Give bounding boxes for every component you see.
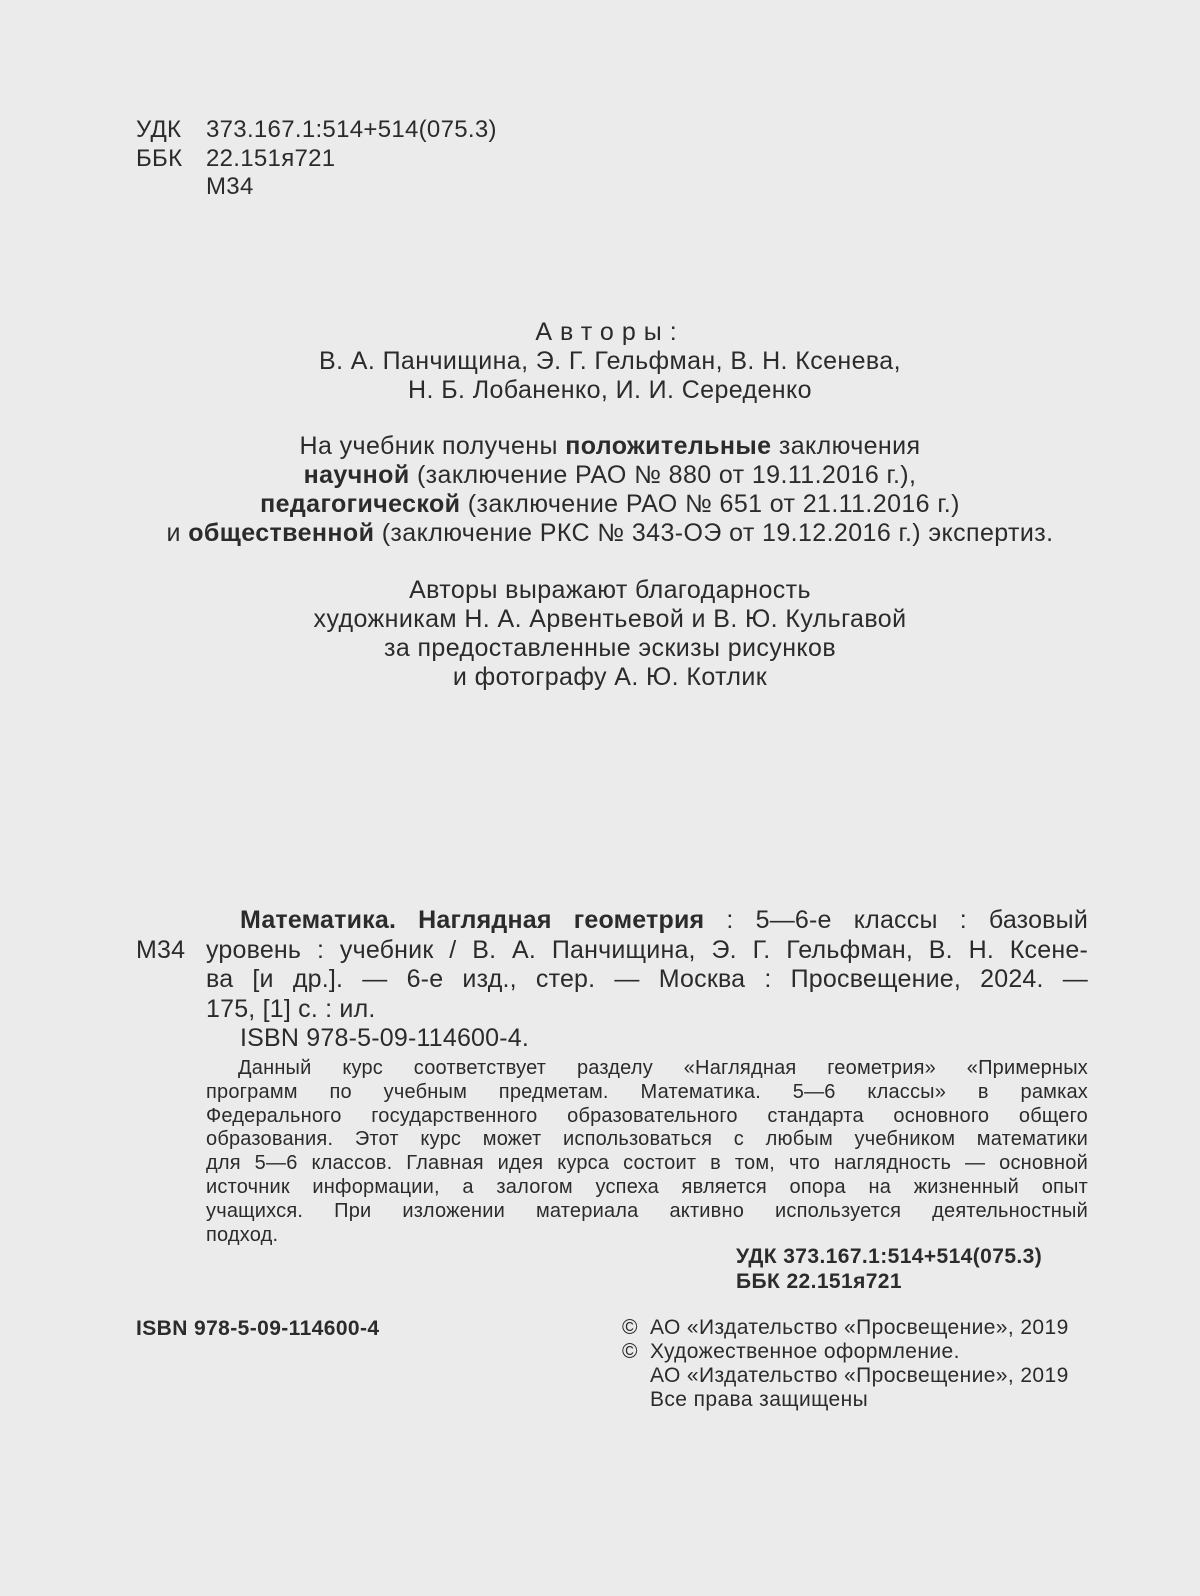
copyright-row: © АО «Издательство «Просвещение», 2019 — [622, 1316, 1069, 1340]
biblio-line: ва [и др.]. — 6-е изд., стер. — Москва :… — [136, 965, 1088, 995]
biblio-line: Математика. Наглядная геометрия : 5—6-е … — [136, 906, 1088, 936]
reviews-text: заключения — [771, 432, 920, 460]
annotation-line: для 5—6 классов. Главная идея курса сост… — [206, 1152, 1088, 1176]
copyright-text: АО «Издательство «Просвещение», 2019 — [650, 1364, 1069, 1388]
udk-row: УДК 373.167.1:514+514(075.3) — [136, 116, 497, 145]
reviews-block: На учебник получены положительные заключ… — [0, 432, 1200, 548]
bbk-row: ББК 22.151я721 — [136, 145, 497, 174]
reviews-line: научной (заключение РАО № 880 от 19.11.2… — [0, 461, 1200, 490]
author-mark-row: М34 — [136, 173, 497, 202]
reviews-text: (заключение РАО № 651 от 21.11.2016 г.) — [460, 490, 959, 518]
biblio-text: : 5—6-е классы : базовый — [704, 906, 1088, 934]
acknowledgement-line: и фотографу А. Ю. Котлик — [0, 663, 1200, 692]
bbk-value: 22.151я721 — [206, 145, 335, 174]
biblio-text: ва [и др.]. — 6-е изд., стер. — Москва :… — [206, 965, 1088, 993]
reviews-bold: положительные — [565, 432, 771, 460]
book-title: Математика. Наглядная геометрия — [240, 906, 704, 934]
acknowledgement-line: художникам Н. А. Арвентьевой и В. Ю. Кул… — [0, 605, 1200, 634]
authors-line: В. А. Панчищина, Э. Г. Гельфман, В. Н. К… — [0, 347, 1200, 376]
copyright-text: Художественное оформление. — [650, 1340, 960, 1364]
classification-block: УДК 373.167.1:514+514(075.3) ББК 22.151я… — [136, 116, 497, 202]
rights-reserved: Все права защищены — [650, 1388, 868, 1412]
footer-isbn: ISBN 978-5-09-114600-4 — [136, 1316, 379, 1341]
acknowledgements-block: Авторы выражают благодарность художникам… — [0, 576, 1200, 692]
footer-udk: УДК 373.167.1:514+514(075.3) — [736, 1244, 1042, 1269]
biblio-line: М34уровень : учебник / В. А. Панчищина, … — [136, 936, 1088, 966]
reviews-line: и общественной (заключение РКС № 343-ОЭ … — [0, 519, 1200, 548]
authors-line: Н. Б. Лобаненко, И. И. Середенко — [0, 376, 1200, 405]
reviews-line: педагогической (заключение РАО № 651 от … — [0, 490, 1200, 519]
acknowledgement-line: Авторы выражают благодарность — [0, 576, 1200, 605]
biblio-author-mark: М34 — [136, 936, 185, 966]
reviews-line: На учебник получены положительные заключ… — [0, 432, 1200, 461]
copyright-row: © Художественное оформление. — [622, 1340, 1069, 1364]
copyright-block: © АО «Издательство «Просвещение», 2019 ©… — [622, 1316, 1069, 1412]
copyright-icon: © — [622, 1316, 650, 1340]
footer-bbk: ББК 22.151я721 — [736, 1269, 1042, 1294]
annotation-line: источник информации, а залогом успеха яв… — [206, 1176, 1088, 1200]
reviews-text: (заключение РАО № 880 от 19.11.2016 г.), — [410, 461, 917, 489]
udk-value: 373.167.1:514+514(075.3) — [206, 116, 497, 145]
reviews-bold: педагогической — [260, 490, 460, 518]
bibliographic-record: Математика. Наглядная геометрия : 5—6-е … — [136, 906, 1088, 1054]
copyright-icon: © — [622, 1340, 650, 1364]
biblio-isbn: ISBN 978-5-09-114600-4. — [240, 1024, 529, 1052]
reviews-text: (заключение РКС № 343-ОЭ от 19.12.2016 г… — [374, 519, 1053, 547]
copyright-row: АО «Издательство «Просвещение», 2019 — [622, 1364, 1069, 1388]
annotation-line: Данный курс соответствует разделу «Нагля… — [206, 1057, 1088, 1081]
authors-block: Авторы: В. А. Панчищина, Э. Г. Гельфман,… — [0, 318, 1200, 405]
copyright-text: АО «Издательство «Просвещение», 2019 — [650, 1316, 1069, 1340]
biblio-text: 175, [1] с. : ил. — [206, 995, 376, 1023]
annotation-line: образования. Этот курс может использоват… — [206, 1128, 1088, 1152]
biblio-text: уровень : учебник / В. А. Панчищина, Э. … — [206, 936, 1088, 964]
acknowledgement-line: за предоставленные эскизы рисунков — [0, 634, 1200, 663]
imprint-page: УДК 373.167.1:514+514(075.3) ББК 22.151я… — [0, 0, 1200, 1596]
annotation-line: программ по учебным предметам. Математик… — [206, 1081, 1088, 1105]
reviews-text: и — [167, 519, 189, 547]
reviews-bold: общественной — [188, 519, 374, 547]
annotation-line: Федерального государственного образовате… — [206, 1105, 1088, 1129]
annotation-line: учащихся. При изложении материала активн… — [206, 1200, 1088, 1224]
reviews-text: На учебник получены — [300, 432, 566, 460]
biblio-line: ISBN 978-5-09-114600-4. — [136, 1024, 1088, 1054]
authors-heading: Авторы: — [0, 318, 1200, 347]
reviews-bold: научной — [304, 461, 410, 489]
annotation: Данный курс соответствует разделу «Нагля… — [206, 1057, 1088, 1247]
author-mark: М34 — [206, 173, 254, 202]
footer-codes: УДК 373.167.1:514+514(075.3) ББК 22.151я… — [736, 1244, 1042, 1294]
biblio-line: 175, [1] с. : ил. — [136, 995, 1088, 1025]
udk-label: УДК — [136, 116, 206, 145]
copyright-row: Все права защищены — [622, 1388, 1069, 1412]
bbk-label: ББК — [136, 145, 206, 174]
